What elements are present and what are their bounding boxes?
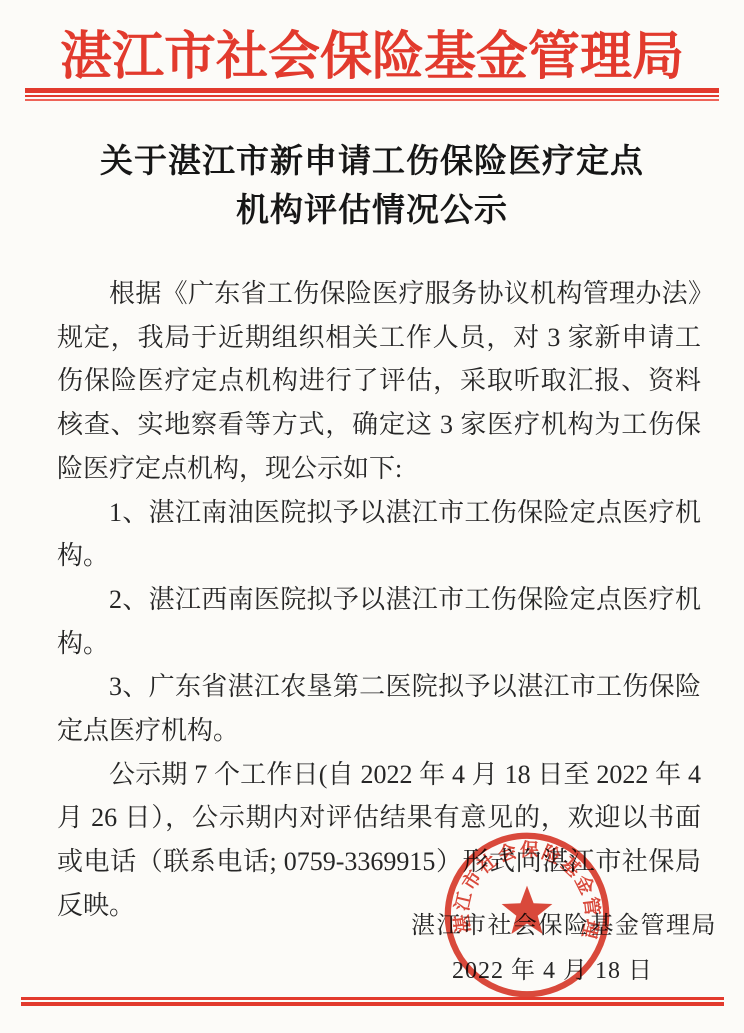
document-title: 关于湛江市新申请工伤保险医疗定点 机构评估情况公示 — [0, 138, 744, 236]
footer-separator — [21, 997, 724, 1006]
star-icon — [502, 886, 553, 934]
header-separator — [25, 88, 719, 101]
official-seal: 湛江市社会保险基金管理局 — [438, 826, 616, 1004]
document-title-line2: 机构评估情况公示 — [0, 187, 744, 236]
body-paragraph: 2、湛江西南医院拟予以湛江市工伤保险定点医疗机构。 — [57, 578, 701, 665]
document-title-line1: 关于湛江市新申请工伤保险医疗定点 — [0, 138, 744, 187]
body-paragraph: 根据《广东省工伤保险医疗服务协议机构管理办法》规定，我局于近期组织相关工作人员，… — [57, 272, 701, 491]
body-paragraph: 1、湛江南油医院拟予以湛江市工伤保险定点医疗机构。 — [57, 491, 701, 578]
agency-letterhead: 湛江市社会保险基金管理局 — [0, 14, 744, 89]
document-page: { "page": { "background": "#fcfbf8", "ac… — [0, 0, 744, 1033]
body-paragraph: 3、广东省湛江农垦第二医院拟予以湛江市工伤保险定点医疗机构。 — [57, 665, 701, 752]
